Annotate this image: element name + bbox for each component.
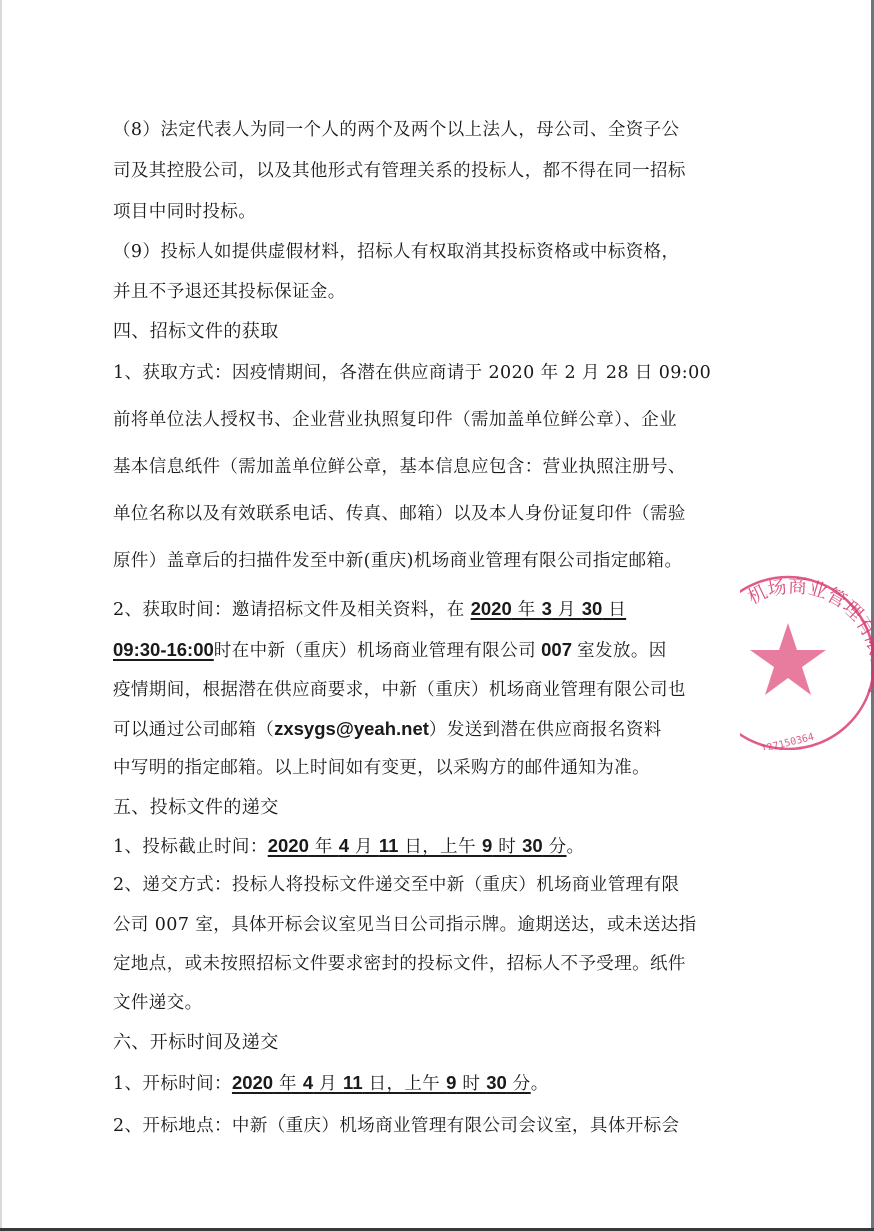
room-number: 007 xyxy=(536,639,577,660)
svg-text:机场商业管理有限公司: 机场商业管理有限公司 xyxy=(744,575,874,697)
seal-icon: 机场商业管理有限公司 127150364 xyxy=(740,575,874,750)
paragraph-line: 文件递交。 xyxy=(113,991,203,1015)
paragraph-line: 单位名称以及有效联系电话、传真、邮箱）以及本人身份证复印件（需验 xyxy=(113,502,686,526)
acquisition-time-range: 09:30-16:00 xyxy=(113,639,214,660)
bid-opening-line: 1、开标时间：2020 年 4 月 11 日，上午 9 时 30 分。 xyxy=(113,1071,549,1096)
paragraph-line: 2、开标地点：中新（重庆）机场商业管理有限公司会议室，具体开标会 xyxy=(113,1114,679,1138)
paragraph-line: （9）投标人如提供虚假材料，招标人有权取消其投标资格或中标资格， xyxy=(113,240,679,264)
paragraph-line: 公司 007 室，具体开标会议室见当日公司指示牌。逾期送达，或未送达指 xyxy=(113,913,697,937)
email-line: 可以通过公司邮箱（zxsygs@yeah.net）发送到潜在供应商报名资料 xyxy=(113,717,662,742)
company-seal-stamp: 机场商业管理有限公司 127150364 xyxy=(740,575,874,750)
acquisition-time-line: 2、获取时间：邀请招标文件及相关资料，在 2020 年 3 月 30 日 xyxy=(113,597,626,622)
acquisition-time-line-2: 09:30-16:00时在中新（重庆）机场商业管理有限公司 007 室发放。因 xyxy=(113,638,667,663)
paragraph-line: 基本信息纸件（需加盖单位鲜公章，基本信息应包含：营业执照注册号、 xyxy=(113,455,686,479)
seal-text: 机场商业管理有限公司 xyxy=(744,575,874,697)
bid-deadline-line: 1、投标截止时间：2020 年 4 月 11 日，上午 9 时 30 分。 xyxy=(113,834,584,859)
paragraph-line: 中写明的指定邮箱。以上时间如有变更，以采购方的邮件通知为准。 xyxy=(113,756,650,780)
page-edge-left xyxy=(0,0,2,1231)
paragraph-line: 1、获取方式：因疫情期间，各潜在供应商请于 2020 年 2 月 28 日 09… xyxy=(113,361,711,385)
section-heading-5: 五、投标文件的递交 xyxy=(113,796,279,820)
acquisition-date: 2020 年 3 月 30 日 xyxy=(471,600,627,620)
text: 2、获取时间：邀请招标文件及相关资料，在 xyxy=(113,600,471,620)
section-heading-4: 四、招标文件的获取 xyxy=(113,320,279,344)
paragraph-line: 并且不予退还其投标保证金。 xyxy=(113,280,346,304)
bid-deadline: 2020 年 4 月 11 日，上午 9 时 30 分 xyxy=(268,837,567,857)
paragraph-line: 定地点，或未按照招标文件要求密封的投标文件，招标人不予受理。纸件 xyxy=(113,952,686,976)
paragraph-line: 司及其控股公司，以及其他形式有管理关系的投标人，都不得在同一招标 xyxy=(113,159,686,183)
paragraph-line: 疫情期间，根据潜在供应商要求，中新（重庆）机场商业管理有限公司也 xyxy=(113,678,686,702)
paragraph-line: 2、递交方式：投标人将投标文件递交至中新（重庆）机场商业管理有限 xyxy=(113,873,679,897)
paragraph-line: （8）法定代表人为同一个人的两个及两个以上法人，母公司、全资子公 xyxy=(113,118,679,142)
email-address: zxsygs@yeah.net xyxy=(274,718,429,739)
bid-opening-time: 2020 年 4 月 11 日，上午 9 时 30 分 xyxy=(232,1074,531,1094)
paragraph-line: 原件）盖章后的扫描件发至中新(重庆)机场商业管理有限公司指定邮箱。 xyxy=(113,549,682,573)
paragraph-line: 项目中同时投标。 xyxy=(113,200,256,224)
paragraph-line: 前将单位法人授权书、企业营业执照复印件（需加盖单位鲜公章）、企业 xyxy=(113,408,677,432)
section-heading-6: 六、开标时间及递交 xyxy=(113,1031,279,1055)
